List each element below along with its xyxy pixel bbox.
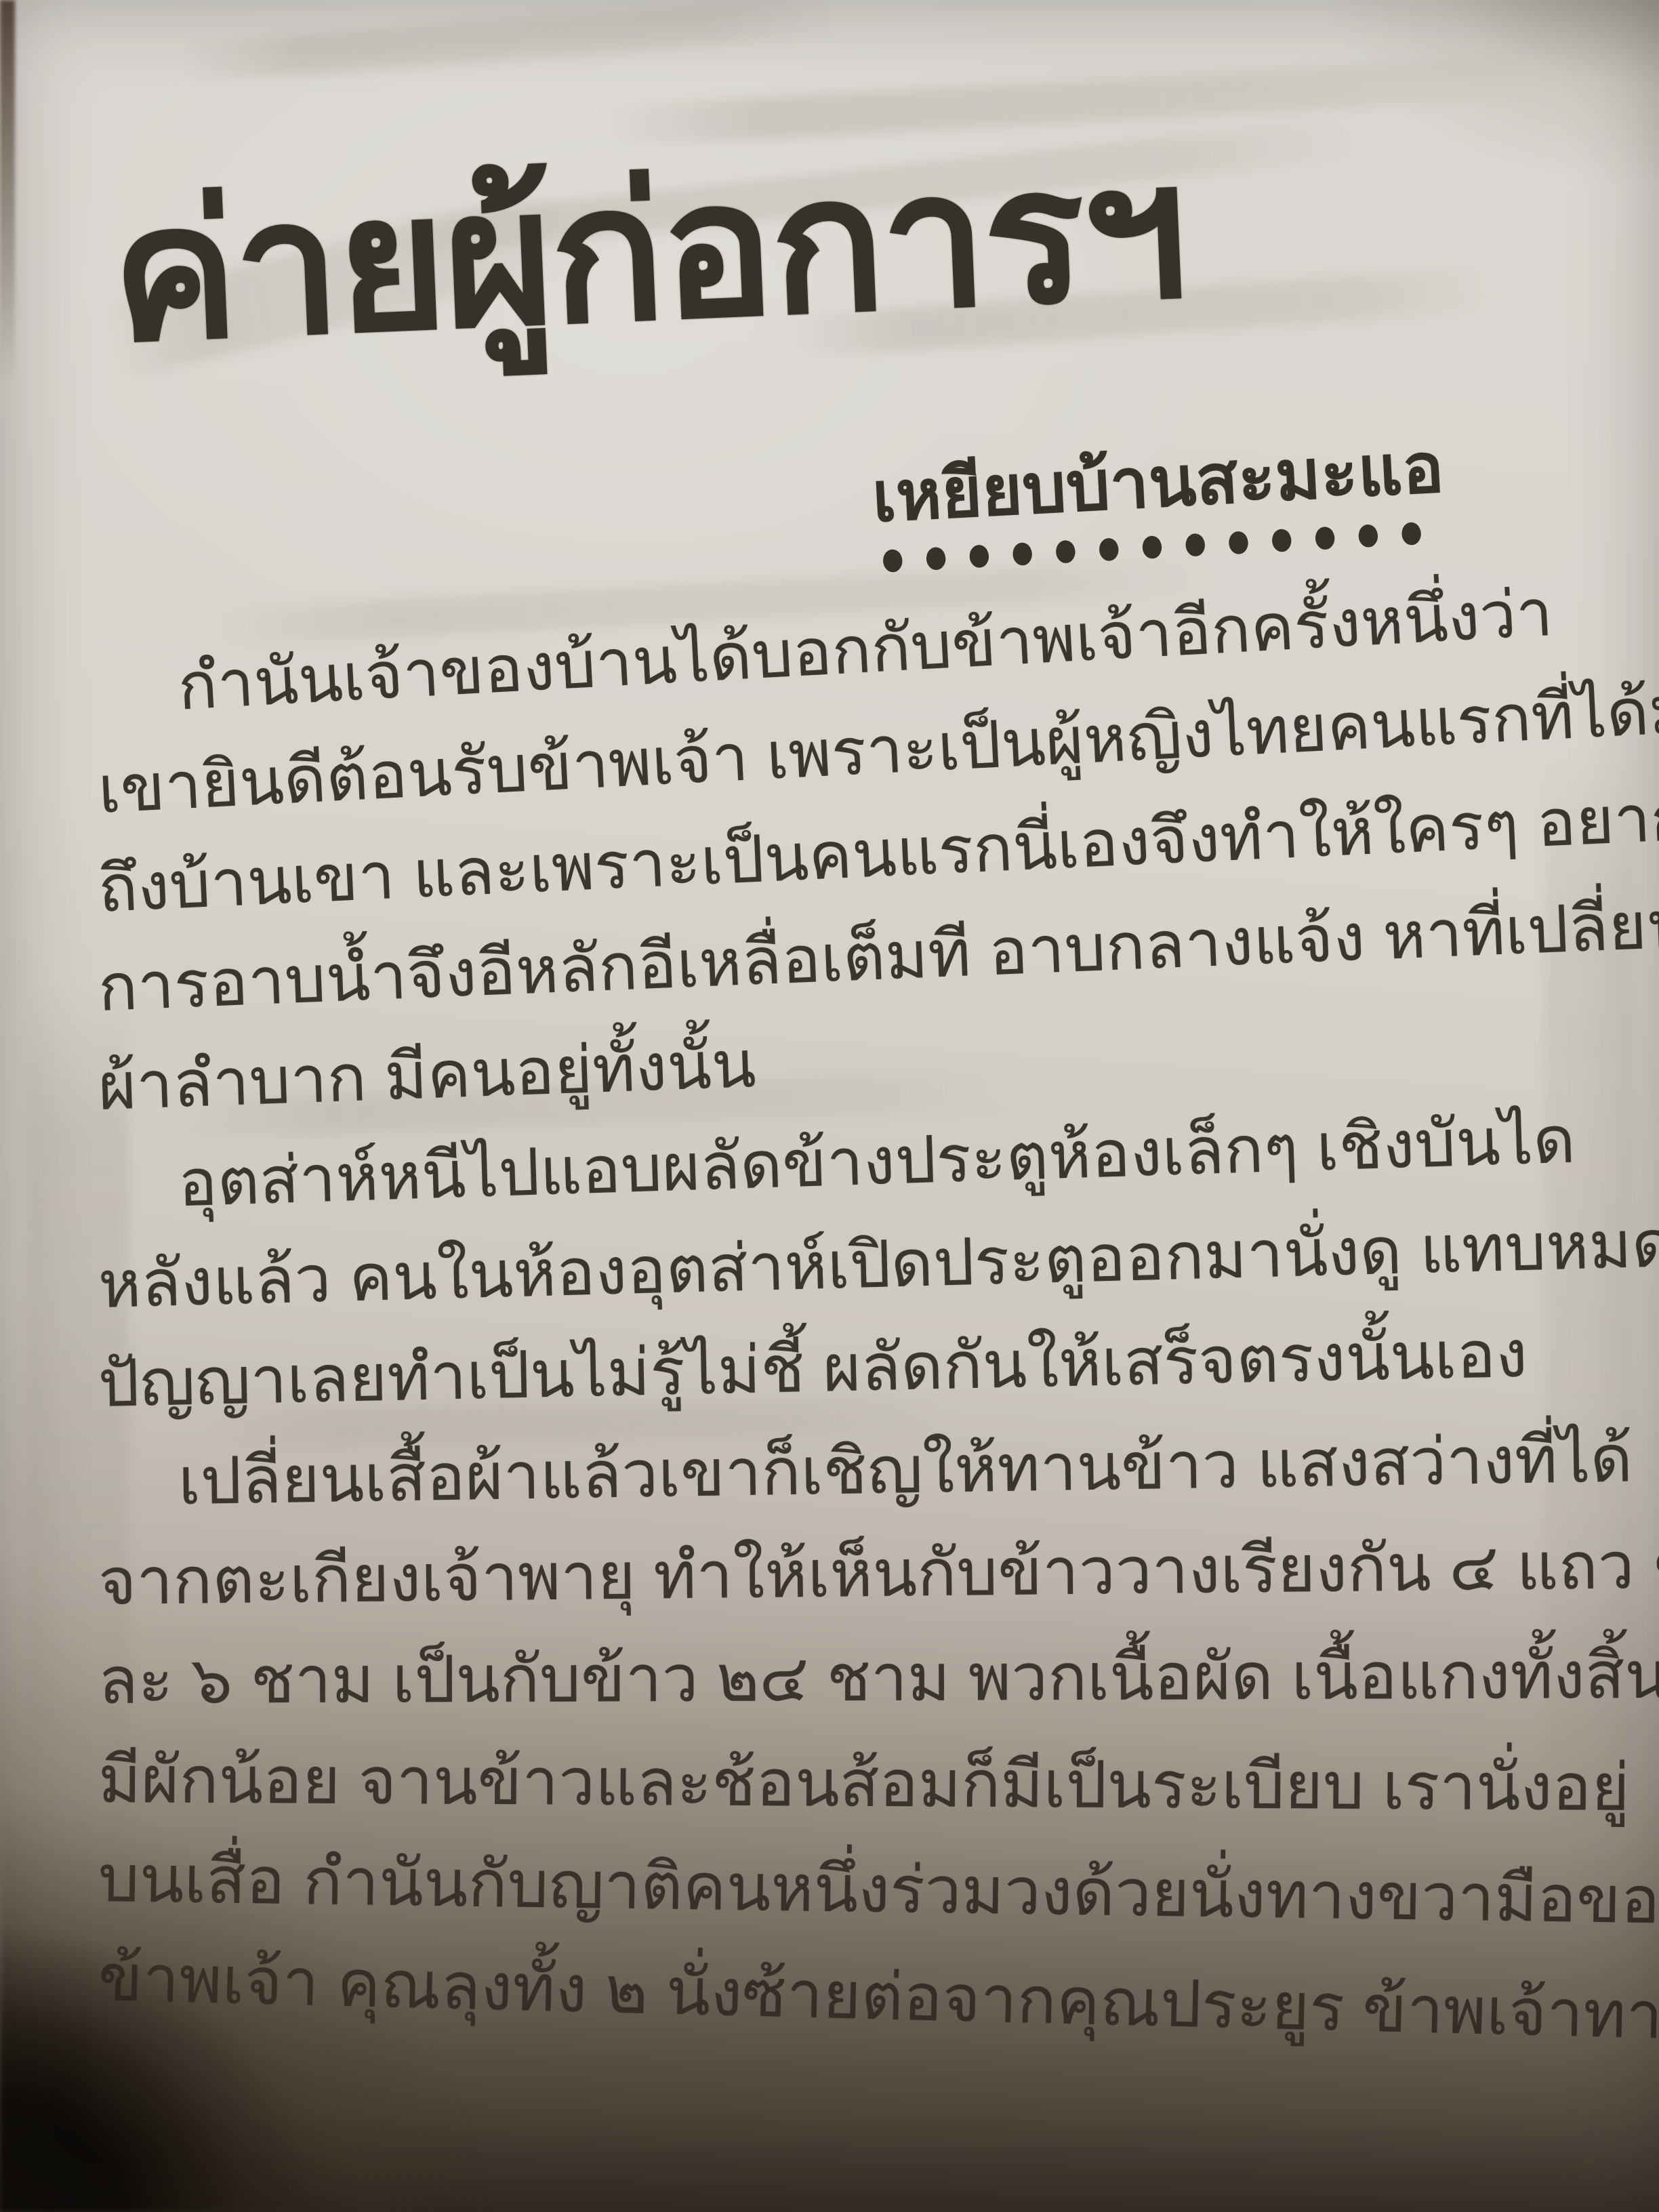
photo-vignette bbox=[0, 0, 1659, 2212]
book-page: ค่ายผู้ก่อการฯ เหยียบบ้านสะมะแอ ●●●●●●●●… bbox=[0, 0, 1659, 2212]
photo-frame: ค่ายผู้ก่อการฯ เหยียบบ้านสะมะแอ ●●●●●●●●… bbox=[0, 0, 1659, 2212]
